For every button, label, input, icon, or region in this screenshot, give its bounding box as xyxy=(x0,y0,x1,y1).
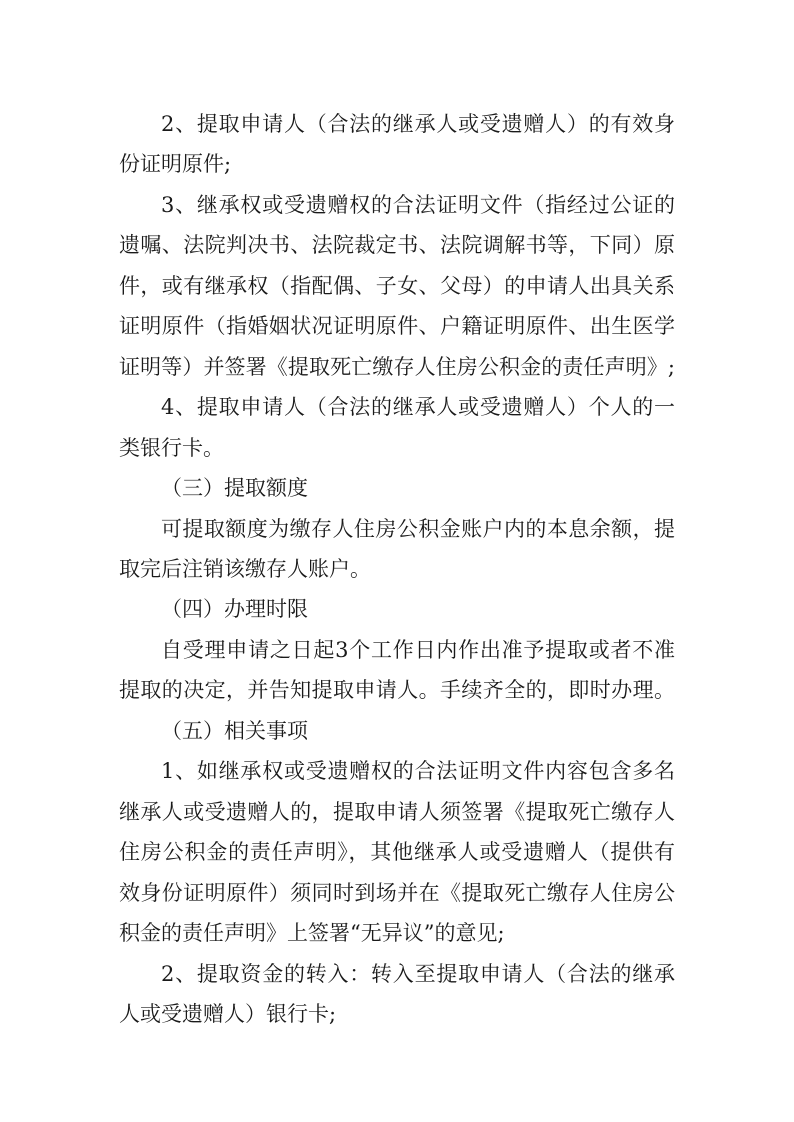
text-line: 住房公积金的责任声明》，其他继承人或受遗赠人（提供有 xyxy=(119,838,675,866)
text-line: （四）办理时限 xyxy=(161,595,675,623)
text-line: 取完后注销该缴存人账户。 xyxy=(119,555,675,583)
text-line: 人或受遗赠人）银行卡; xyxy=(119,1000,675,1028)
text-line: 证明等）并签署《提取死亡缴存人住房公积金的责任声明》; xyxy=(119,353,675,381)
text-line: 份证明原件; xyxy=(119,150,675,178)
text-line: 可提取额度为缴存人住房公积金账户内的本息余额，提 xyxy=(161,515,675,543)
text-line: 效身份证明原件）须同时到场并在《提取死亡缴存人住房公 xyxy=(119,879,675,907)
text-line: 遗嘱、法院判决书、法院裁定书、法院调解书等，下同）原 xyxy=(119,231,675,259)
text-line: 积金的责任声明》上签署“无异议”的意见; xyxy=(119,919,675,947)
text-line: （五）相关事项 xyxy=(161,717,675,745)
text-line: 类银行卡。 xyxy=(119,434,675,462)
text-line: 证明原件（指婚姻状况证明原件、户籍证明原件、出生医学 xyxy=(119,312,675,340)
text-line: 提取的决定，并告知提取申请人。手续齐全的，即时办理。 xyxy=(119,676,675,704)
text-line: 件，或有继承权（指配偶、子女、父母）的申请人出具关系 xyxy=(119,272,675,300)
document-page: 2、提取申请人（合法的继承人或受遗赠人）的有效身份证明原件;3、继承权或受遗赠权… xyxy=(0,0,794,1122)
text-line: （三）提取额度 xyxy=(161,474,675,502)
text-line: 继承人或受遗赠人的，提取申请人须签署《提取死亡缴存人 xyxy=(119,798,675,826)
text-line: 1、如继承权或受遗赠权的合法证明文件内容包含多名 xyxy=(161,757,675,785)
text-line: 2、提取资金的转入：转入至提取申请人（合法的继承 xyxy=(161,960,675,988)
text-line: 3、继承权或受遗赠权的合法证明文件（指经过公证的 xyxy=(161,191,675,219)
text-line: 2、提取申请人（合法的继承人或受遗赠人）的有效身 xyxy=(161,110,675,138)
text-line: 自受理申请之日起3个工作日内作出准予提取或者不准 xyxy=(161,636,675,664)
text-line: 4、提取申请人（合法的继承人或受遗赠人）个人的一 xyxy=(161,393,675,421)
